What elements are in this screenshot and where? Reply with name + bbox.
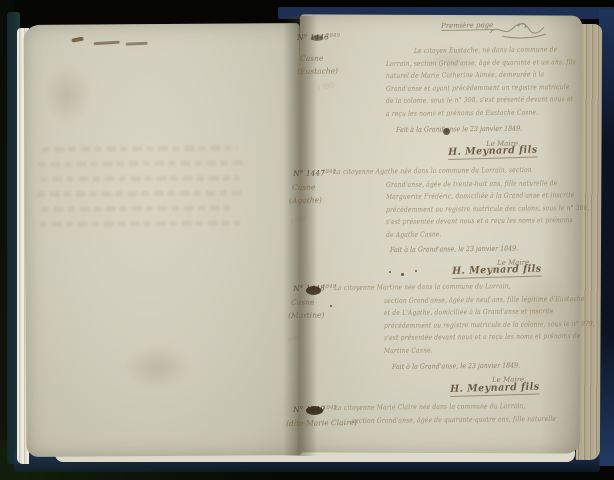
entry-line: de Agathe Casne. — [386, 230, 442, 239]
entry-margin-alias: (Eustache) — [297, 66, 338, 76]
gutter-shadow — [283, 16, 317, 456]
entry-signature: H. Meynard fils — [452, 264, 542, 279]
signature-flourish-icon — [488, 20, 550, 40]
ink-blot — [443, 128, 450, 135]
paper-stain — [122, 344, 192, 390]
ink-smudge — [71, 37, 84, 43]
entry-margin-name: Casne — [300, 54, 323, 63]
entry-line: naturel de Marie Catherine Aimée, demeur… — [386, 70, 544, 80]
entry-number-note: 1849 — [326, 33, 340, 39]
entry-signature: H. Meynard fils — [450, 382, 540, 397]
entry-line: Grand'anse, âgée de trente-huit ans, fil… — [386, 179, 558, 189]
entry-line: section Grand'anse, âgée de neuf ans, fi… — [384, 295, 585, 305]
entry-line: a reçu les noms et prénoms de Eustache C… — [386, 108, 538, 118]
entry-dateline: Fait à la Grand'anse, le 23 janvier 1849… — [390, 245, 518, 254]
left-page — [23, 23, 302, 457]
entry-line: précédemment au registre matricule des c… — [386, 203, 590, 213]
ink-blot — [306, 406, 323, 415]
entry-line: Grand'anse et ayant précédemment un regi… — [386, 83, 569, 93]
book-scan: Première page N° 14461849Casne(Eustache)… — [0, 0, 614, 480]
entry-margin-name: Casne — [292, 183, 315, 192]
entry-line: Le citoyen Eustache, né dans la commune … — [414, 46, 557, 55]
entry-line: Martine Casne. — [384, 346, 433, 355]
ink-smudge — [126, 42, 148, 45]
entry-dateline: Fait à la Grand'anse le 23 janvier 1849. — [396, 125, 522, 134]
entry-line: Lorrain, section Grand'anse, âgé de quar… — [386, 58, 576, 68]
entry-signature: H. Meynard fils — [448, 145, 538, 160]
ink-smudge — [94, 41, 120, 45]
entry-dateline: Fait à la Grand'anse, le 23 janvier 1849… — [392, 362, 520, 371]
ink-blot — [306, 286, 321, 295]
paper-stain — [42, 64, 92, 124]
entry-margin-alias: (dite Marie Claire) — [286, 418, 357, 428]
entry-margin-alias: (Agathe) — [289, 195, 322, 205]
ink-blot — [311, 35, 323, 41]
page-header-title: Première page — [441, 21, 493, 31]
entry-margin-name: Casne — [291, 298, 314, 307]
entry-number: N° 1447 — [293, 168, 325, 178]
entry-margin-alias: (Martine) — [288, 310, 324, 320]
